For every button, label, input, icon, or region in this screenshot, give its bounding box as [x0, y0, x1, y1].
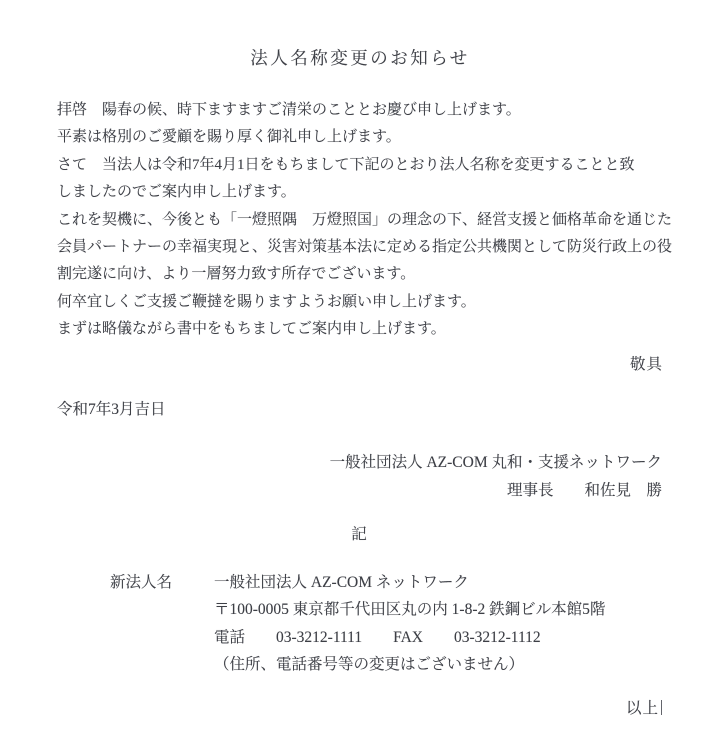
body-line: まずは略儀ながら書中をもちましてご案内申し上げます。 [57, 316, 663, 343]
body-line: 拝啓 陽春の候、時下ますますご清栄のこととお慶び申し上げます。 [57, 97, 663, 124]
new-name-row: 新法人名 一般社団法人 AZ-COM ネットワーク [110, 569, 680, 596]
signature-block: 一般社団法人 AZ-COM 丸和・支援ネットワーク 理事長 和佐見 勝 [0, 449, 662, 504]
details-section: 新法人名 一般社団法人 AZ-COM ネットワーク 〒100-0005 東京都千… [110, 569, 680, 679]
note-line: （住所、電話番号等の変更はございません） [110, 651, 680, 678]
signature-company: 一般社団法人 AZ-COM 丸和・支援ネットワーク [0, 449, 662, 476]
body-line: 何卒宜しくご支援ご鞭撻を賜りますようお願い申し上げます。 [57, 289, 663, 316]
end-mark-row: 以上 [0, 695, 662, 722]
body-line: 平素は格別のご愛顧を賜り厚く御礼申し上げます。 [57, 124, 663, 151]
body-line: これを契機に、今後とも「一燈照隅 万燈照国」の理念の下、経営支援と価格革命を通じ… [57, 207, 663, 234]
address-line: 〒100-0005 東京都千代田区丸の内 1-8-2 鉄鋼ビル本館5階 [110, 596, 680, 623]
body-line: 会員パートナーの幸福実現と、災害対策基本法に定める指定公共機関として防災行政上の… [57, 234, 663, 261]
body-line: さて 当法人は令和7年4月1日をもちまして下記のとおり法人名称を変更することと致 [57, 152, 663, 179]
signature-representative: 理事長 和佐見 勝 [0, 477, 662, 504]
body-line: 割完遂に向け、より一層努力致す所存でございます。 [57, 261, 663, 288]
letter-date: 令和7年3月吉日 [57, 396, 720, 423]
end-mark: 以上 [626, 700, 659, 717]
record-heading: 記 [0, 521, 720, 548]
letter-page: 法人名称変更のお知らせ 拝啓 陽春の候、時下ますますご清栄のこととお慶び申し上げ… [0, 0, 720, 743]
text-caret [661, 700, 662, 715]
phone-fax-line: 電話 03-3212-1111 FAX 03-3212-1112 [110, 624, 680, 651]
closing-word: 敬具 [0, 351, 663, 378]
new-name-label: 新法人名 [110, 569, 214, 596]
body-line: しましたのでご案内申し上げます。 [57, 179, 663, 206]
page-title: 法人名称変更のお知らせ [0, 0, 720, 70]
letter-body: 拝啓 陽春の候、時下ますますご清栄のこととお慶び申し上げます。 平素は格別のご愛… [57, 97, 663, 344]
new-corporate-name: 一般社団法人 AZ-COM ネットワーク [214, 569, 469, 596]
